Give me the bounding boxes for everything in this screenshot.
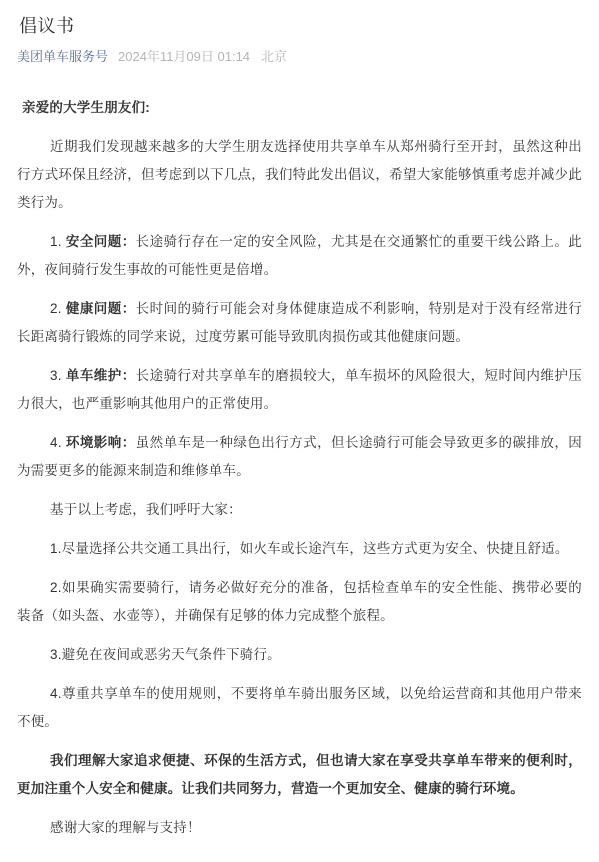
suggestion-item: 3.避免在夜间或恶劣天气条件下骑行。 [17, 641, 582, 669]
closing-paragraph: 我们理解大家追求便捷、环保的生活方式，但也请大家在享受共享单车带来的便利时，更加… [17, 747, 582, 803]
point-item-health: 2. 健康问题：长时间的骑行可能会对身体健康造成不利影响，特别是对于没有经常进行… [17, 295, 582, 351]
article-title: 倡议书 [19, 13, 582, 39]
point-label: 环境影响： [66, 435, 136, 450]
point-item-environment: 4. 环境影响：虽然单车是一种绿色出行方式，但长途骑行可能会导致更多的碳排放，因… [17, 429, 582, 485]
thanks-paragraph: 感谢大家的理解与支持！ [17, 814, 582, 842]
suggestion-item: 1.尽量选择公共交通工具出行，如火车或长途汽车，这些方式更为安全、快捷且舒适。 [17, 535, 582, 563]
article: 倡议书 美团单车服务号2024年11月09日 01:14北京 亲爱的大学生朋友们… [0, 0, 599, 862]
suggestion-item: 4.尊重共享单车的使用规则，不要将单车骑出服务区域，以免给运营商和其他用户带来不… [17, 680, 582, 736]
publish-location: 北京 [261, 49, 287, 64]
article-content: 亲爱的大学生朋友们: 近期我们发现越来越多的大学生朋友选择使用共享单车从郑州骑行… [17, 94, 582, 842]
point-number: 1. [50, 234, 66, 249]
account-link[interactable]: 美团单车服务号 [17, 49, 108, 64]
point-label: 安全问题： [66, 234, 136, 249]
point-number: 4. [50, 435, 66, 450]
point-label: 健康问题： [66, 301, 136, 316]
publish-datetime: 2024年11月09日 01:14 [118, 49, 250, 64]
point-number: 3. [50, 368, 66, 383]
byline: 美团单车服务号2024年11月09日 01:14北京 [17, 48, 582, 66]
suggestion-item: 2.如果确实需要骑行，请务必做好充分的准备，包括检查单车的安全性能、携带必要的装… [17, 574, 582, 630]
appeal-paragraph: 基于以上考虑，我们呼吁大家： [17, 496, 582, 524]
salutation: 亲爱的大学生朋友们: [17, 94, 582, 122]
intro-paragraph: 近期我们发现越来越多的大学生朋友选择使用共享单车从郑州骑行至开封，虽然这种出行方… [17, 133, 582, 217]
point-number: 2. [50, 301, 66, 316]
point-item-maintenance: 3. 单车维护：长途骑行对共享单车的磨损较大，单车损坏的风险很大，短时间内维护压… [17, 362, 582, 418]
point-item-safety: 1. 安全问题：长途骑行存在一定的安全风险，尤其是在交通繁忙的重要干线公路上。此… [17, 228, 582, 284]
point-label: 单车维护： [66, 368, 136, 383]
